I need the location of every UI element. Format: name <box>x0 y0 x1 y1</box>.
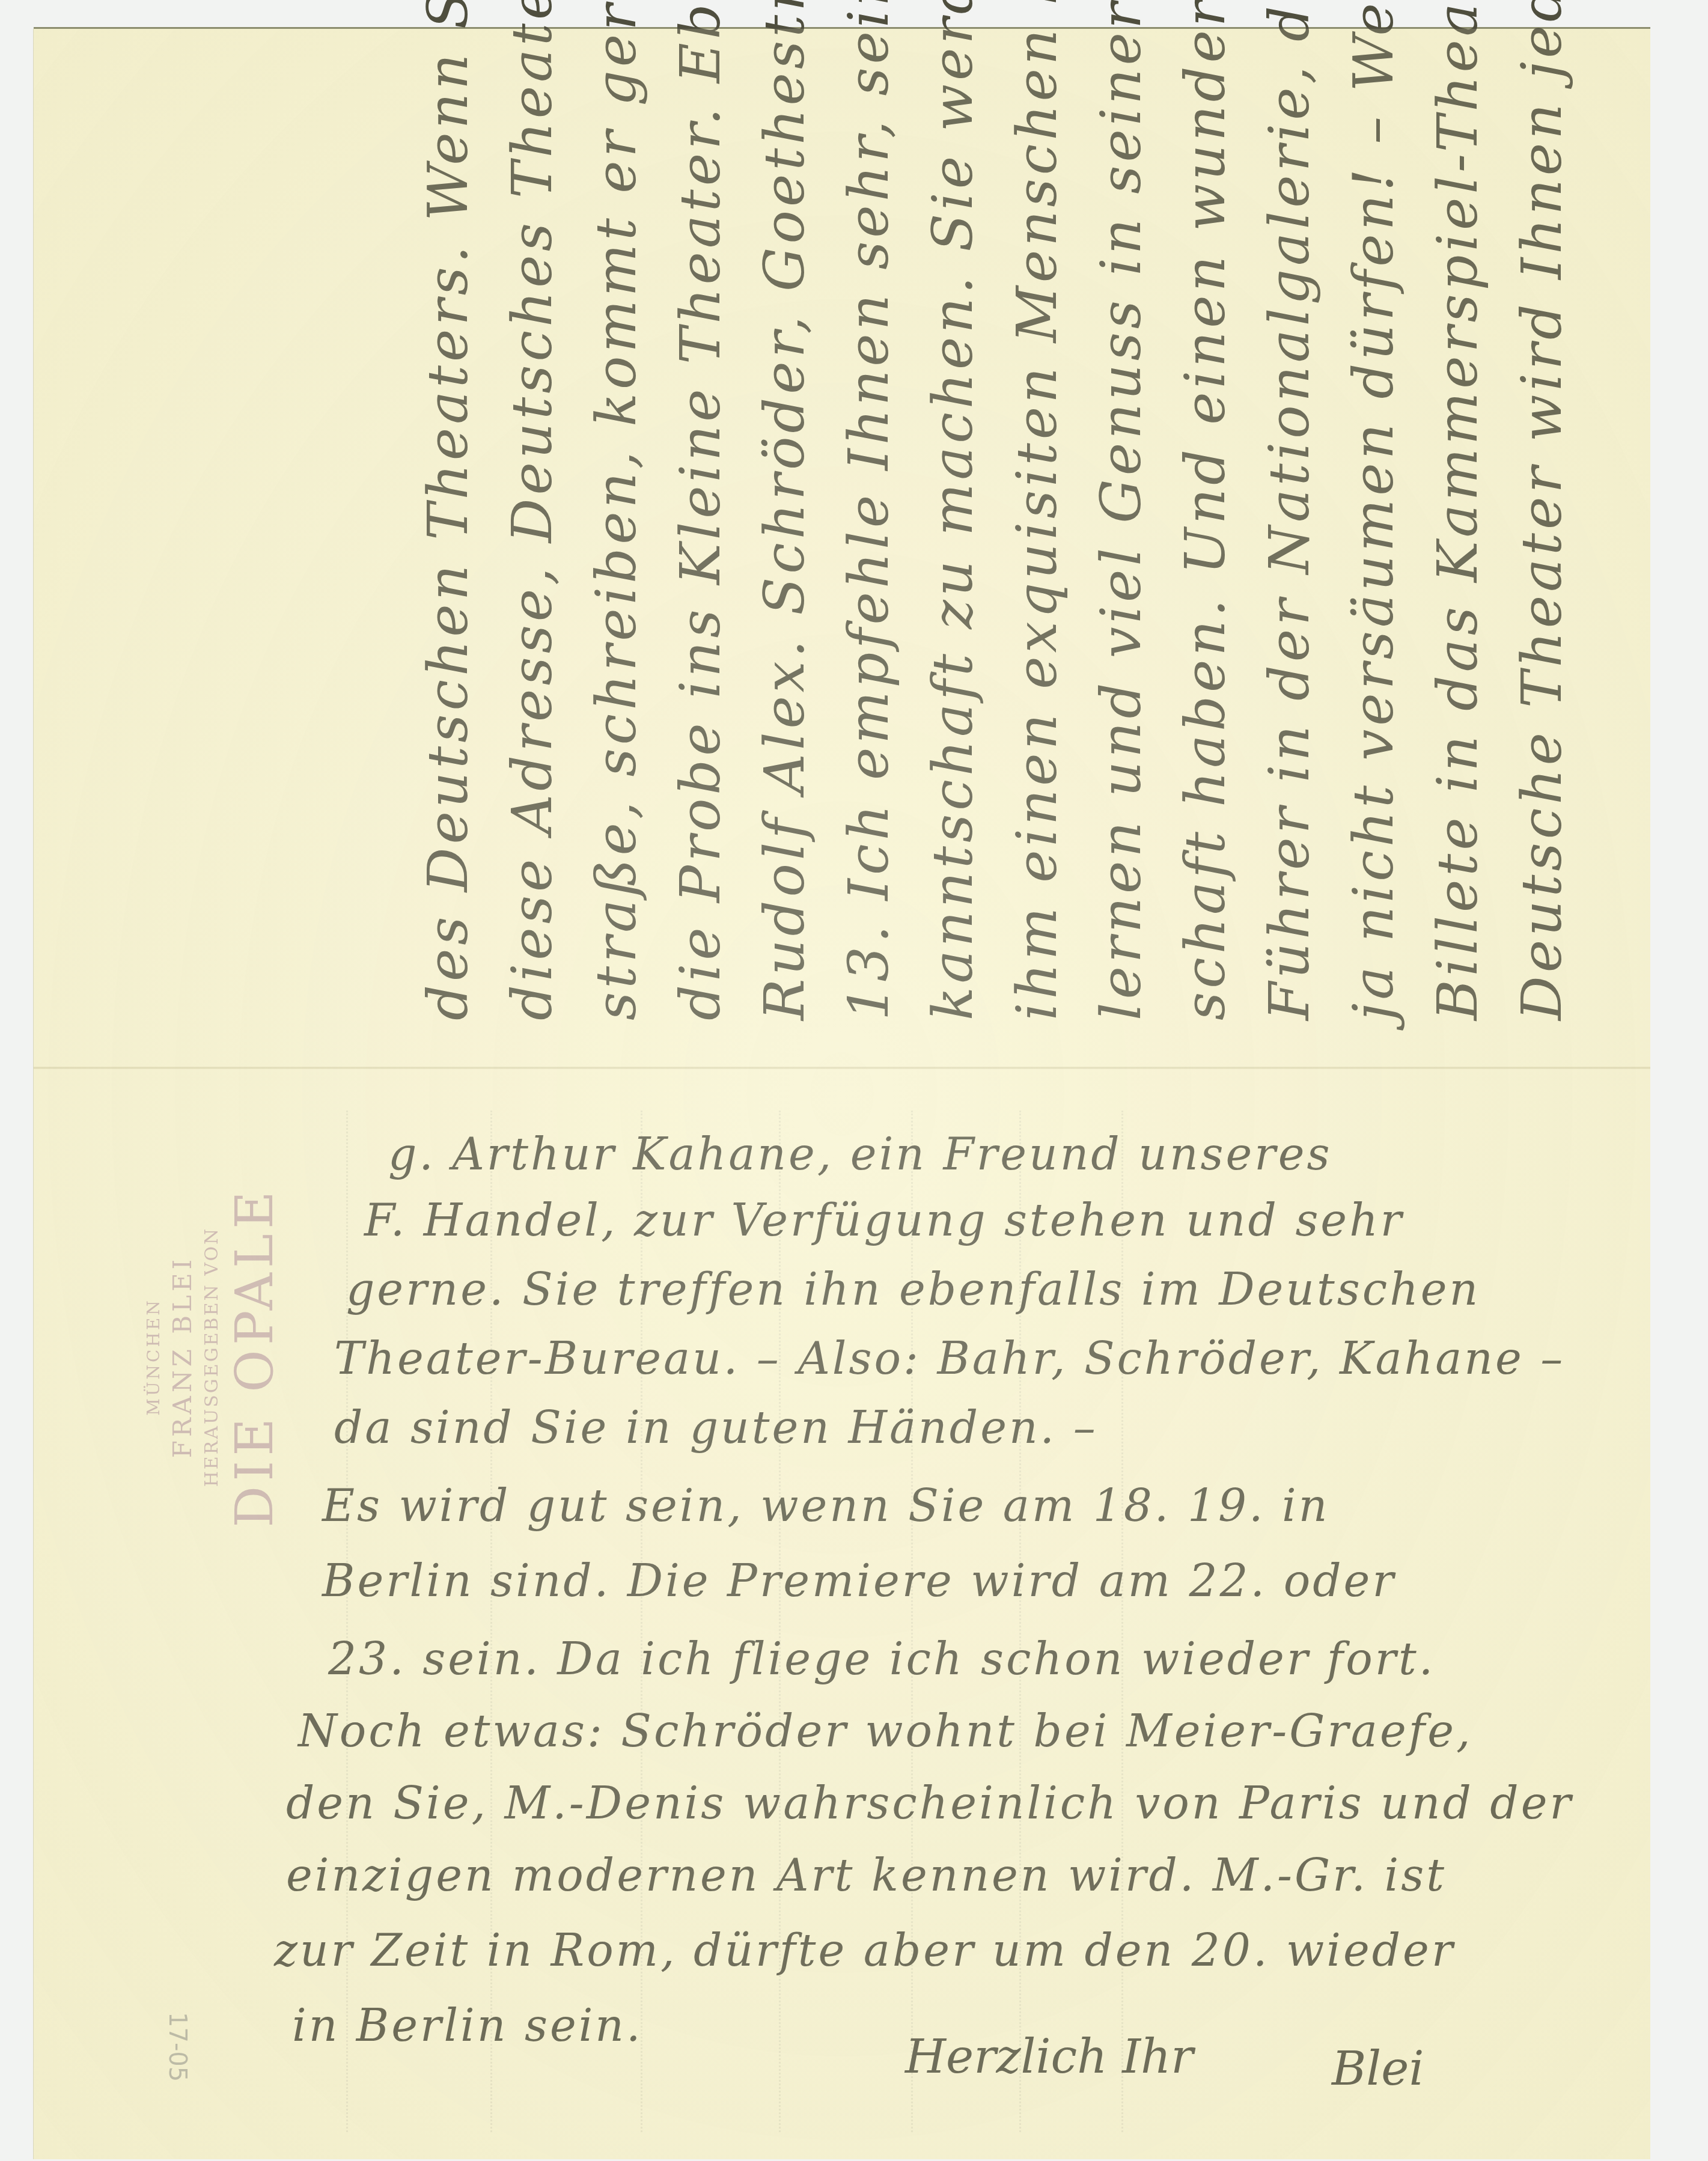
upper-text-block: des Deutschen Theaters. Wenn Sie Bahr an… <box>406 59 1608 1020</box>
text-line: Deutsche Theater wird Ihnen jederzeit <box>1500 0 1620 1020</box>
pencil-archive-note: 17-05 <box>163 2012 191 2082</box>
text-line: den Sie, M.-Denis wahrscheinlich von Par… <box>286 1778 1573 1829</box>
text-line: Berlin sind. Die Premiere wird am 22. od… <box>322 1555 1396 1607</box>
letterhead: MÜNCHEN FRANZ BLEI HERAUSGEGEBEN VON DIE… <box>0 1159 142 1423</box>
text-line: da sind Sie in guten Händen. – <box>334 1402 1098 1454</box>
text-line: Noch etwas: Schröder wohnt bei Meier-Gra… <box>298 1705 1472 1757</box>
letterhead-editor: FRANZ BLEI <box>166 1159 200 1555</box>
letter-sheet: MÜNCHEN FRANZ BLEI HERAUSGEGEBEN VON DIE… <box>34 29 1650 2159</box>
text-line: F. Handel, zur Verfügung stehen und sehr <box>364 1195 1404 1246</box>
letterhead-subtitle: HERAUSGEGEBEN VON <box>200 1159 225 1555</box>
text-line: zur Zeit in Rom, dürfte aber um den 20. … <box>274 1925 1455 1977</box>
letterhead-city: MÜNCHEN <box>142 1159 166 1555</box>
letterhead-title: DIE OPALE <box>225 1159 285 1555</box>
text-line: Es wird gut sein, wenn Sie am 18. 19. in <box>322 1480 1329 1532</box>
paper-fold-line <box>34 1067 1650 1069</box>
text-line: in Berlin sein. <box>292 2000 643 2052</box>
text-line: gerne. Sie treffen ihn ebenfalls im Deut… <box>346 1264 1480 1315</box>
text-line: einzigen modernen Art kennen wird. M.-Gr… <box>286 1850 1447 1901</box>
text-line: g. Arthur Kahane, ein Freund unseres <box>388 1129 1332 1180</box>
text-line: 23. sein. Da ich fliege ich schon wieder… <box>328 1633 1435 1685</box>
closing-phrase: Herzlich Ihr <box>905 2030 1194 2084</box>
signature: Blei <box>1332 2042 1424 2096</box>
text-line: Theater-Bureau. – Also: Bahr, Schröder, … <box>334 1333 1565 1385</box>
